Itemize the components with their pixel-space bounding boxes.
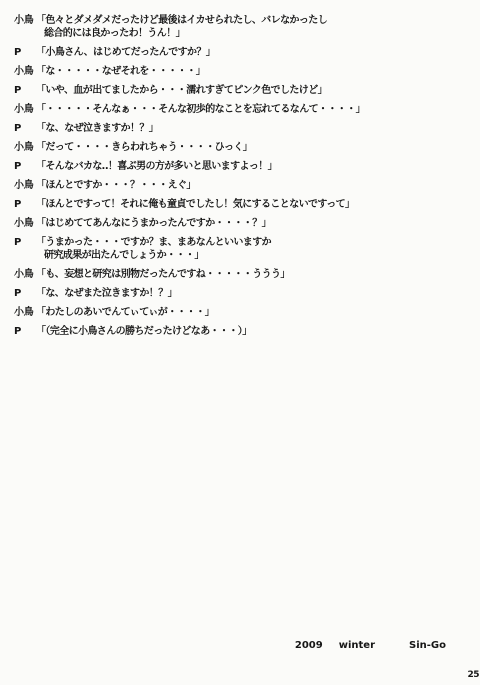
dialogue-text: 「ほんとですって！それに俺も童貞でしたし！気にすることないですって」: [36, 199, 354, 210]
dialogue-line: P「いや、血が出てましたから・・・濡れすぎてピンク色でしたけど」: [14, 84, 480, 97]
dialogue-text: 「うまかった・・・ですか？ま、まあなんといいますか: [36, 237, 271, 248]
dialogue-text: 「わたしのあいでんてぃてぃが・・・・」: [36, 307, 214, 318]
dialogue-line: 小鳥「色々とダメダメだったけど最後はイカせられたし、バレなかったし: [14, 14, 480, 27]
speaker-label: 小鳥: [14, 306, 36, 319]
speaker-label: P: [14, 325, 36, 338]
dialogue-line: 小鳥「・・・・・そんなぁ・・・そんな初歩的なことを忘れてるなんて・・・・」: [14, 103, 480, 116]
speaker-label: P: [14, 287, 36, 300]
dialogue-line: P「小鳥さん、はじめてだったんですか？」: [14, 46, 480, 59]
dialogue-line: 研究成果が出たんでしょうか・・・」: [14, 249, 480, 262]
speaker-label: 小鳥: [14, 268, 36, 281]
dialogue-text: 「な、なぜまた泣きますか！？」: [36, 288, 177, 299]
dialogue-line: P「うまかった・・・ですか？ま、まあなんといいますか: [14, 236, 480, 249]
dialogue-text: 「・・・・・そんなぁ・・・そんな初歩的なことを忘れてるなんて・・・・」: [36, 104, 365, 115]
dialogue-text: 「ほんとですか・・・？・・・えぐ」: [36, 180, 196, 191]
speaker-label: P: [14, 84, 36, 97]
page-number: 25: [467, 670, 479, 680]
speaker-label: P: [14, 160, 36, 173]
speaker-label: P: [14, 46, 36, 59]
dialogue-line: 小鳥「だって・・・・きらわれちゃう・・・・ひっく」: [14, 141, 480, 154]
dialogue-line: 小鳥「はじめててあんなにうまかったんですか・・・・？」: [14, 217, 480, 230]
speaker-label: P: [14, 198, 36, 211]
dialogue-text: 「も、妄想と研究は別物だったんですね・・・・・ううう」: [36, 269, 290, 280]
signature-year: 2009: [295, 640, 323, 651]
dialogue-line: 小鳥「も、妄想と研究は別物だったんですね・・・・・ううう」: [14, 268, 480, 281]
dialogue-text: 「だって・・・・きらわれちゃう・・・・ひっく」: [36, 142, 252, 153]
dialogue-text: 「いや、血が出てましたから・・・濡れすぎてピンク色でしたけど」: [36, 85, 327, 96]
signature-name: Sin-Go: [409, 640, 446, 651]
dialogue-text: 「（完全に小鳥さんの勝ちだったけどなあ・・・）」: [36, 326, 252, 337]
dialogue-line: 小鳥「わたしのあいでんてぃてぃが・・・・」: [14, 306, 480, 319]
dialogue-text: 総合的には良かったわ！うん！」: [44, 28, 185, 39]
dialogue-line: P「そんなバカな‥！喜ぶ男の方が多いと思いますよっ！」: [14, 160, 480, 173]
speaker-label: 小鳥: [14, 217, 36, 230]
dialogue-line: 総合的には良かったわ！うん！」: [14, 27, 480, 40]
dialogue-line: 小鳥「ほんとですか・・・？・・・えぐ」: [14, 179, 480, 192]
dialogue-line: P「な、なぜまた泣きますか！？」: [14, 287, 480, 300]
speaker-label: 小鳥: [14, 65, 36, 78]
dialogue-text: 研究成果が出たんでしょうか・・・」: [44, 250, 204, 261]
signature-season: winter: [339, 640, 375, 651]
speaker-label: 小鳥: [14, 141, 36, 154]
dialogue-text: 「色々とダメダメだったけど最後はイカせられたし、バレなかったし: [36, 15, 327, 26]
speaker-label: P: [14, 122, 36, 135]
dialogue-text: 「はじめててあんなにうまかったんですか・・・・？」: [36, 218, 271, 229]
speaker-label: 小鳥: [14, 179, 36, 192]
dialogue-line: 小鳥「な・・・・・なぜそれを・・・・・」: [14, 65, 480, 78]
dialogue-text: 「小鳥さん、はじめてだったんですか？」: [36, 47, 215, 58]
dialogue-line: P「ほんとですって！それに俺も童貞でしたし！気にすることないですって」: [14, 198, 480, 211]
dialogue-line: P「（完全に小鳥さんの勝ちだったけどなあ・・・）」: [14, 325, 480, 338]
speaker-label: 小鳥: [14, 14, 36, 27]
dialogue-line: P「な、なぜ泣きますか！？」: [14, 122, 480, 135]
speaker-label: 小鳥: [14, 103, 36, 116]
signature-line: 2009winterSin-Go: [295, 640, 446, 651]
speaker-label: P: [14, 236, 36, 249]
dialogue-text: 「な・・・・・なぜそれを・・・・・」: [36, 66, 205, 77]
dialogue-text: 「な、なぜ泣きますか！？」: [36, 123, 158, 134]
dialogue-text: 「そんなバカな‥！喜ぶ男の方が多いと思いますよっ！」: [36, 161, 277, 172]
dialogue-section: 小鳥「色々とダメダメだったけど最後はイカせられたし、バレなかったし総合的には良か…: [14, 14, 480, 344]
